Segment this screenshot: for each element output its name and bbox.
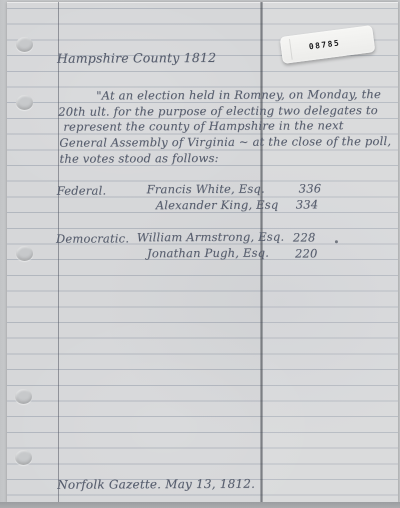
vote-count: 228 (293, 230, 316, 244)
candidate-name: Francis White, Esq. (147, 182, 265, 197)
ink-speck (335, 240, 338, 243)
candidate-name: William Armstrong, Esq. (137, 230, 284, 245)
candidate-name: Alexander King, Esq (156, 198, 279, 213)
vote-count: 336 (299, 181, 322, 195)
paragraph-line: "At an election held in Romney, on Monda… (96, 87, 381, 102)
paragraph-line: General Assembly of Virginia ~ at the cl… (59, 134, 391, 150)
paragraph-line: represent the county of Hampshire in the… (63, 118, 343, 133)
scan-bottom-edge (0, 502, 400, 508)
candidate-name: Jonathan Pugh, Esq. (147, 246, 269, 261)
source-citation: Norfolk Gazette. May 13, 1812. (57, 477, 255, 492)
scanned-document: 08785 Hampshire County 1812 "At an elect… (0, 0, 400, 508)
page-title: Hampshire County 1812 (57, 50, 216, 66)
paragraph-line: the votes stood as follows: (59, 151, 218, 166)
paragraph-line: 20th ult. for the purpose of electing tw… (58, 103, 378, 119)
handwritten-content: Hampshire County 1812 "At an election he… (0, 0, 400, 508)
vote-count: 334 (296, 197, 319, 211)
vote-count: 220 (295, 246, 318, 260)
party-label: Federal. (57, 183, 107, 197)
party-label: Democratic. (56, 231, 129, 245)
